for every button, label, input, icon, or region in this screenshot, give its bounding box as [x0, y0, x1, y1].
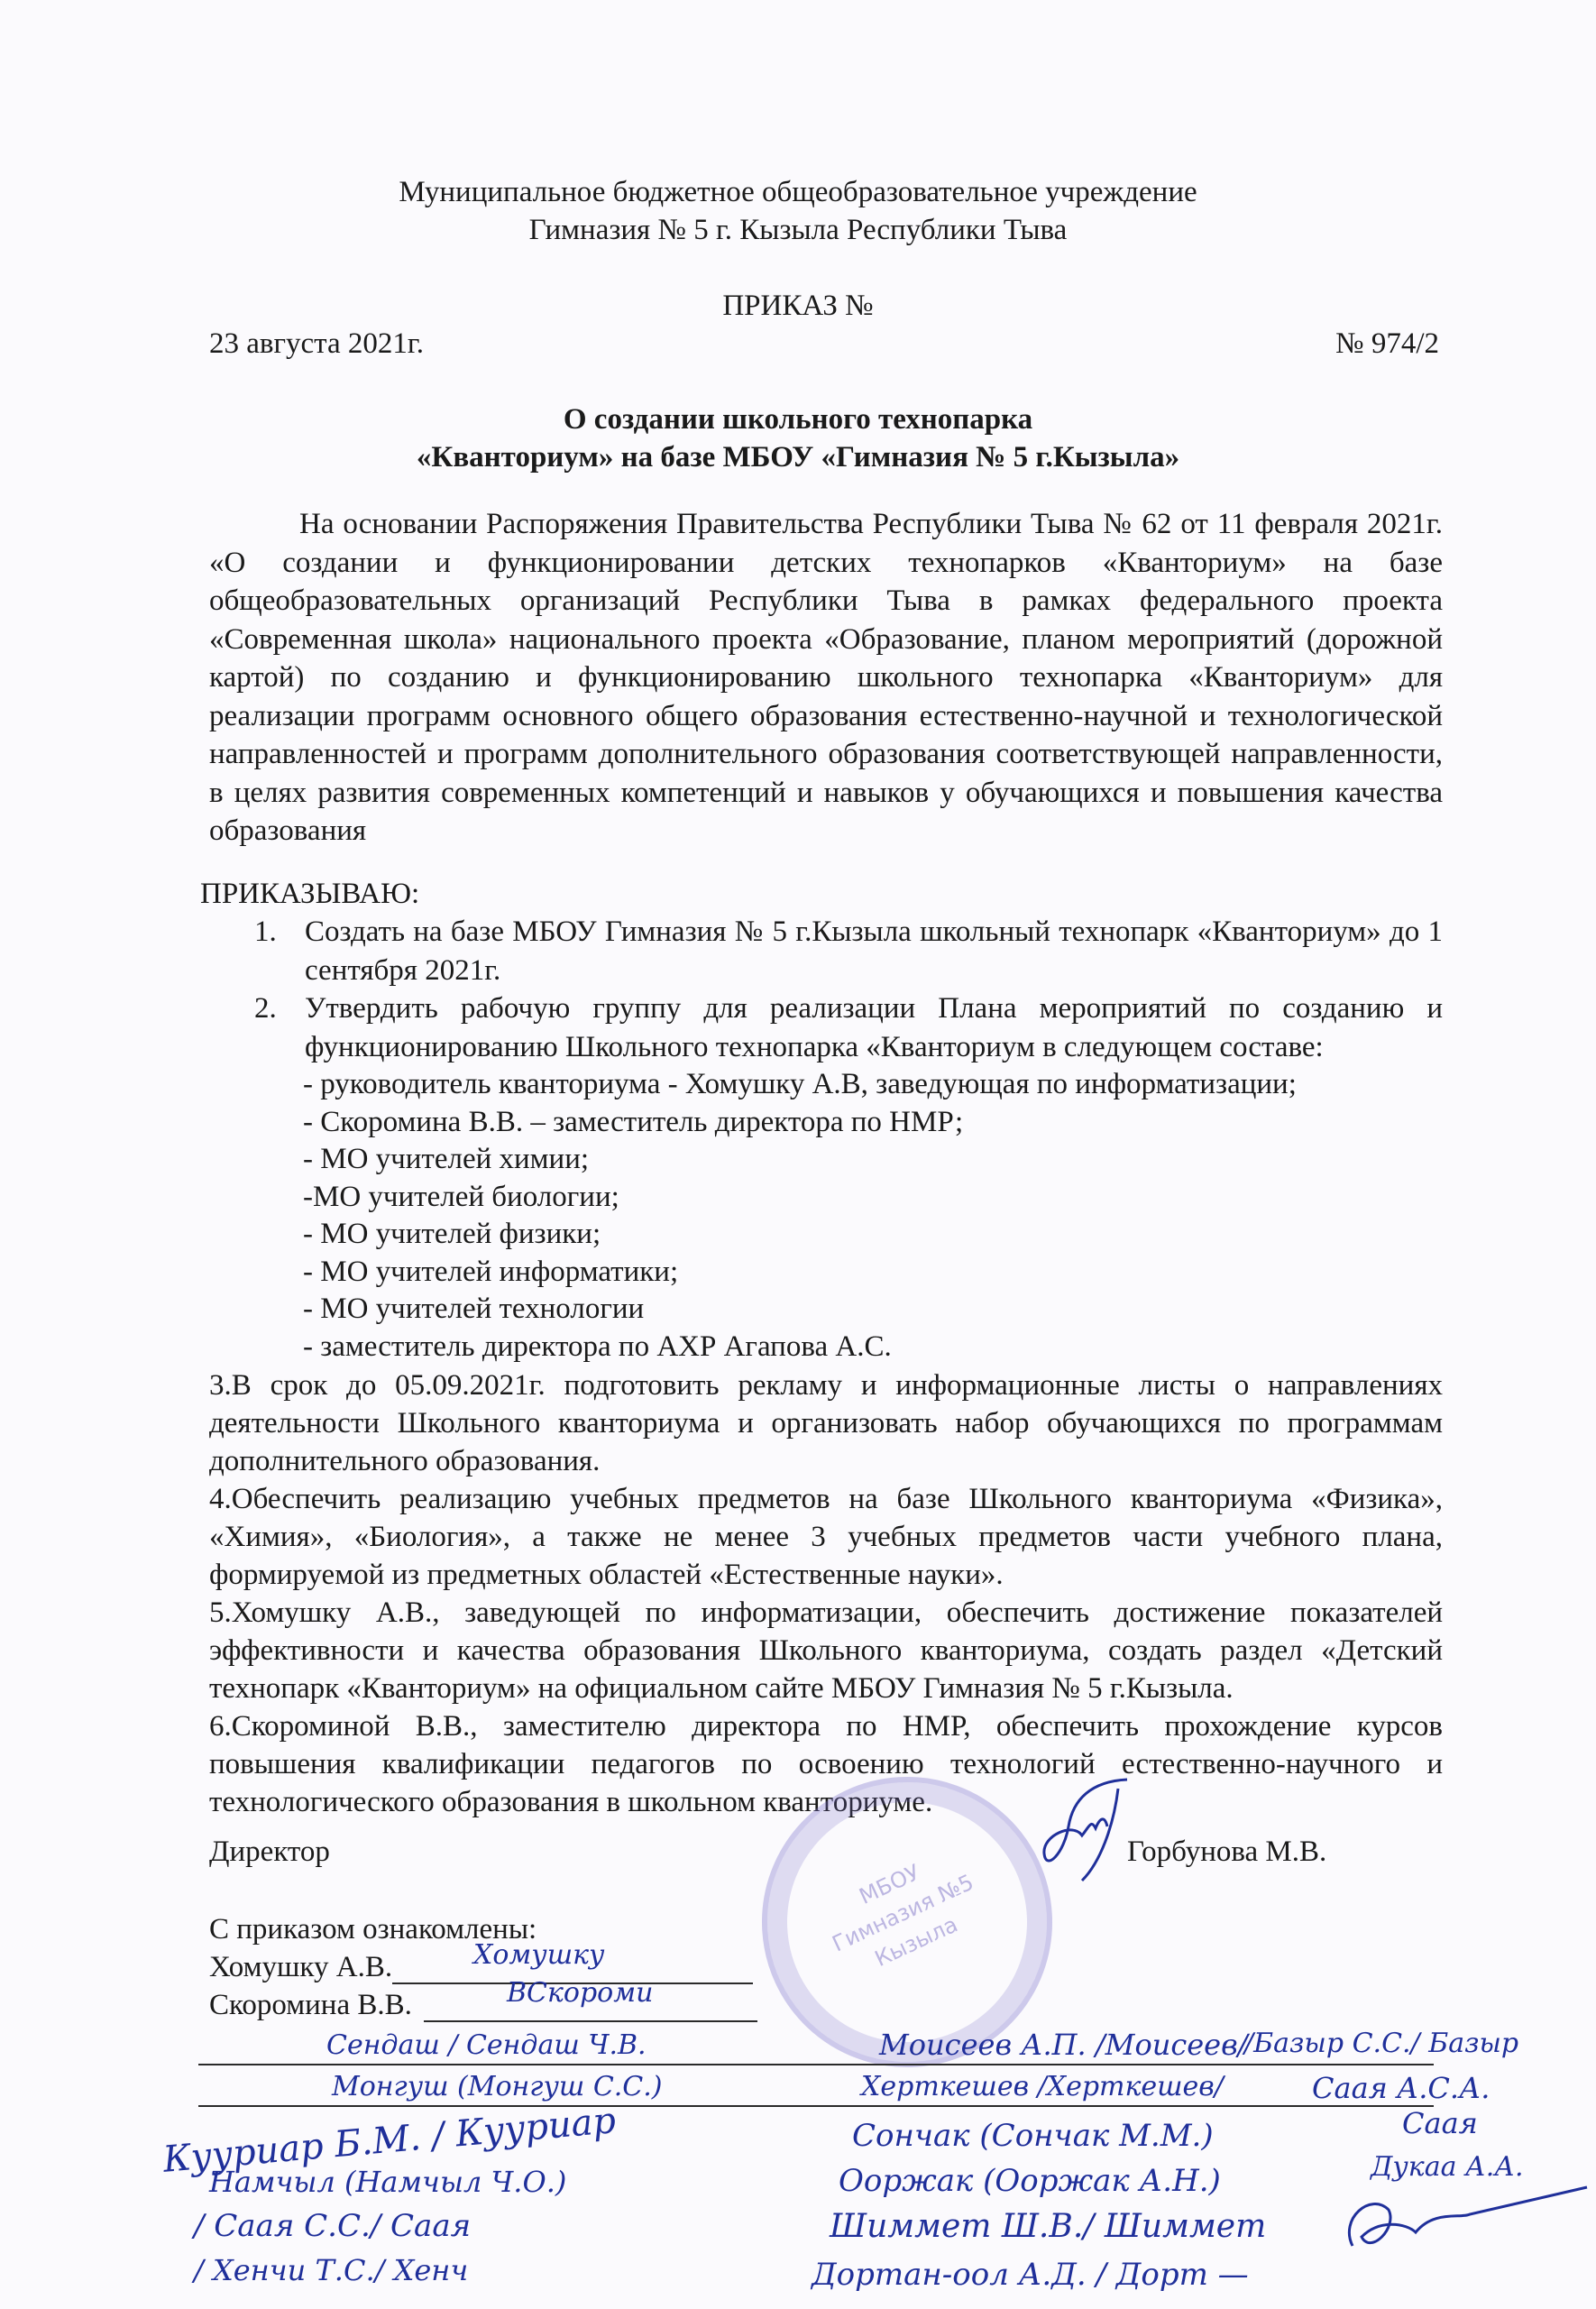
document-title-line2: «Кванториум» на базе МБОУ «Гимназия № 5 …	[0, 438, 1596, 476]
handwritten-signature: Моисеев А.П. /Моисеев/	[879, 2028, 1248, 2062]
order-item-2: 2. Утвердить рабочую группу для реализац…	[254, 989, 1443, 1066]
ack-printed-name-2: Скоромина В.В.	[209, 1986, 412, 2024]
order-item-5: 5.Хомушку А.В., заведующей по информатиз…	[209, 1594, 1443, 1707]
handwritten-signature: Саая	[1402, 2106, 1478, 2140]
working-group-member: - МО учителей информатики;	[303, 1254, 1297, 1292]
handwritten-signature: ВСкороми	[507, 1977, 653, 2009]
handwritten-flourish-icon	[1335, 2183, 1596, 2264]
signature-line	[198, 2105, 1434, 2107]
order-date: 23 августа 2021г.	[209, 325, 424, 363]
handwritten-signature: / Хенчи Т.С./ Хенч	[194, 2253, 468, 2287]
order-keyword: ПРИКАЗЫВАЮ:	[200, 875, 419, 913]
signature-name: Горбунова М.В.	[1127, 1833, 1326, 1871]
handwritten-signature: Сончак (Сончак М.М.)	[852, 2118, 1214, 2154]
working-group-list: - руководитель кванториума - Хомушку А.В…	[303, 1066, 1297, 1366]
working-group-member: - заместитель директора по АХР Агапова А…	[303, 1329, 1297, 1366]
handwritten-signature: Сендаш / Сендаш Ч.В.	[326, 2029, 647, 2061]
handwritten-signature: Ооржак (Ооржак А.Н.)	[839, 2163, 1221, 2199]
item-number: 2.	[254, 989, 277, 1028]
working-group-member: - МО учителей технологии	[303, 1291, 1297, 1329]
document-page: Муниципальное бюджетное общеобразователь…	[0, 0, 1596, 2309]
handwritten-signature: Намчыл (Намчыл Ч.О.)	[209, 2165, 566, 2199]
order-title: ПРИКАЗ №	[0, 287, 1596, 325]
ack-printed-name-1: Хомушку А.В.	[209, 1948, 392, 1986]
handwritten-signature: Хомушку	[473, 1939, 604, 1971]
working-group-member: - МО учителей физики;	[303, 1216, 1297, 1254]
item-text: Утвердить рабочую группу для реализации …	[305, 989, 1443, 1066]
order-item-4: 4.Обеспечить реализацию учебных предмето…	[209, 1480, 1443, 1594]
director-signature-icon	[1019, 1772, 1145, 1890]
handwritten-signature: / Саая С.С./ Саая	[194, 2208, 471, 2244]
preamble-text: На основании Распоряжения Правительства …	[209, 505, 1443, 851]
working-group-member: - МО учителей химии;	[303, 1141, 1297, 1179]
org-name-line2: Гимназия № 5 г. Кызыла Республики Тыва	[0, 211, 1596, 249]
item-text: Создать на базе МБОУ Гимназия № 5 г.Кызы…	[305, 913, 1443, 989]
signature-line	[424, 2020, 757, 2022]
handwritten-signature: /Базыр С.С./ Базыр	[1244, 2028, 1518, 2059]
signature-line	[198, 2064, 1434, 2065]
signature-role: Директор	[209, 1833, 330, 1871]
handwritten-signature: Дукаа А.А.	[1371, 2151, 1524, 2183]
org-name-line1: Муниципальное бюджетное общеобразователь…	[0, 173, 1596, 211]
handwritten-signature: Саая А.С.А.	[1312, 2071, 1490, 2105]
handwritten-signature: Шиммет Ш.В./ Шиммет	[830, 2208, 1266, 2245]
working-group-member: - руководитель кванториума - Хомушку А.В…	[303, 1066, 1297, 1104]
handwritten-signature: Херткешев /Херткешев/	[861, 2071, 1224, 2102]
preamble: На основании Распоряжения Правительства …	[209, 505, 1443, 851]
order-item-1: 1. Создать на базе МБОУ Гимназия № 5 г.К…	[254, 913, 1443, 989]
order-number: № 974/2	[1335, 325, 1439, 363]
working-group-member: -МО учителей биологии;	[303, 1179, 1297, 1217]
handwritten-signature: Дортан-оол А.Д. / Дорт —	[812, 2257, 1249, 2293]
working-group-member: - Скоромина В.В. – заместитель директора…	[303, 1104, 1297, 1142]
document-title-line1: О создании школьного технопарка	[0, 400, 1596, 438]
order-item-3: 3.В срок до 05.09.2021г. подготовить рек…	[209, 1366, 1443, 1480]
item-number: 1.	[254, 913, 277, 952]
order-paragraphs: 3.В срок до 05.09.2021г. подготовить рек…	[209, 1366, 1443, 1821]
handwritten-signature: Монгуш (Монгуш С.С.)	[332, 2071, 663, 2102]
